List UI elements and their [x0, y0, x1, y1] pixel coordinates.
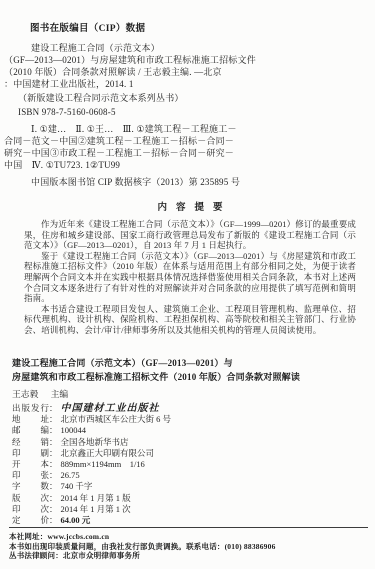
pub-row-value: 2014 年 1 月第 1 版: [61, 493, 131, 503]
cip-line: ：中国建材工业出版社，2014. 1: [4, 78, 375, 90]
cip-isbn: ISBN 978-7-5160-0608-5: [18, 106, 375, 118]
pub-row-value: 北京市西城区车公庄大街 6 号: [61, 414, 172, 424]
pub-row-value: 北京鑫正大印刷有限公司: [61, 448, 155, 458]
pub-row-wordcount: 字数：740 千字: [12, 481, 365, 492]
pub-row-postcode: 邮编：100044: [12, 425, 365, 436]
abstract-paragraph: 作为近年来《建设工程施工合同（示范文本）》（GF—1999—0201）修订的最重…: [24, 219, 356, 251]
quality-notice: 本书如出现印装质量问题，由我社发行部负责调换。联系电话：(010) 883869…: [9, 542, 368, 552]
cip-line: 建设工程施工合同（示范文本）: [31, 42, 375, 54]
abstract-paragraph: 鉴于《建设工程施工合同（示范文本）》（GF—2013—0201）与《房屋建筑和市…: [24, 251, 356, 304]
pub-row-value: 100044: [61, 425, 87, 435]
pub-row-value: 2014 年 1 月第 1 次: [61, 504, 131, 514]
pub-row-edition: 版次：2014 年 1 月第 1 版: [12, 493, 365, 504]
pub-row-colon: ：: [49, 459, 58, 469]
pub-row-colon: ：: [49, 493, 58, 503]
cip-section: 图书在版编目（CIP）数据 建设工程施工合同（示范文本） （GF—2013—02…: [0, 24, 375, 188]
cip-classification-line: 合同－范文－中国②建筑工程－工程施工－招标－合同－: [4, 135, 375, 147]
cip-classification-line: Ⅰ. ①建… Ⅱ. ①王… Ⅲ. ①建筑工程－工程施工－: [31, 123, 375, 135]
pub-row-label: 印次: [12, 504, 49, 515]
pub-row-label: 字数: [12, 481, 49, 492]
pub-row-distribution: 经销：全国各地新华书店: [12, 437, 365, 448]
pub-row-colon: ：: [49, 515, 58, 525]
pub-row-colon: ：: [49, 437, 58, 447]
pub-row-label: 印张: [12, 470, 49, 481]
pub-row-colon: ：: [49, 403, 58, 413]
pub-row-format: 开本：889mm×1194mm 1/16: [12, 459, 365, 470]
pub-row-label: 开本: [12, 459, 49, 470]
book-title-section: 建设工程施工合同（示范文本）（GF—2013—0201）与 房屋建筑和市政工程标…: [12, 357, 365, 400]
cip-line: （2010 年版）合同条款对照解读 / 王志毅主编. —北京: [4, 66, 375, 78]
abstract-section: 内容提要 作为近年来《建设工程施工合同（示范文本）》（GF—1999—0201）…: [0, 202, 375, 336]
abstract-paragraph: 本书适合建设工程项目发包人、建筑施工企业、工程项目管理机构、监理单位、招标代理机…: [24, 304, 356, 336]
pub-row-impression: 印次：2014 年 1 月第 1 次: [12, 504, 365, 515]
book-title-line1: 建设工程施工合同（示范文本）（GF—2013—0201）与: [12, 357, 365, 371]
cip-record-number: 中国版本图书馆 CIP 数据核字（2013）第 235895 号: [31, 176, 375, 188]
pub-row-label: 印刷: [12, 448, 49, 459]
publication-info-section: 出版发行：中国建材工业出版社 地址：北京市西城区车公庄大街 6 号 邮编：100…: [12, 403, 365, 526]
pub-row-label: 经销: [12, 437, 49, 448]
pub-row-label: 定价: [12, 515, 49, 526]
legal-advisor: 丛书法律顾问：北京市众明律师事务所: [9, 551, 368, 561]
cip-classification-line: 研究－中国③市政工程－工程施工－招标－合同－研究－: [4, 147, 375, 159]
author-line: 王志毅 主编: [12, 387, 365, 400]
pub-row-colon: ：: [49, 425, 58, 435]
pub-row-address: 地址：北京市西城区车公庄大街 6 号: [12, 414, 365, 425]
pub-row-value: 全国各地新华书店: [61, 437, 129, 447]
pub-row-colon: ：: [49, 414, 58, 424]
pub-row-label: 邮编: [12, 425, 49, 436]
author-role: 主编: [51, 389, 69, 399]
pub-row-sheets: 印张：26.75: [12, 470, 365, 481]
publisher-name: 中国建材工业出版社: [61, 403, 160, 414]
pub-row-colon: ：: [49, 470, 58, 480]
pub-row-colon: ：: [49, 504, 58, 514]
pub-row-label: 版次: [12, 493, 49, 504]
author-name: 王志毅: [12, 389, 38, 399]
pub-row-price: 定价：64.00 元: [12, 515, 365, 526]
price-value: 64.00 元: [61, 515, 91, 525]
abstract-title: 内容提要: [24, 202, 356, 214]
pub-row-colon: ：: [49, 481, 58, 491]
book-title-line2: 房屋建筑和市政工程标准施工招标文件（2010 年版）合同条款对照解读: [12, 371, 365, 385]
cip-line: （GF—2013—0201）与房屋建筑和市政工程标准施工招标文件: [4, 54, 375, 66]
pub-row-value: 740 千字: [61, 481, 93, 491]
pub-row-label: 地址: [12, 414, 49, 425]
cip-series-line: （新版建设工程合同示范文本系列丛书）: [18, 92, 375, 104]
pub-row-publisher: 出版发行：中国建材工业出版社: [12, 403, 365, 414]
pub-row-value: 26.75: [61, 470, 80, 480]
pub-row-label: 出版发行: [12, 403, 49, 414]
pub-row-printer: 印刷：北京鑫正大印刷有限公司: [12, 448, 365, 459]
pub-row-value: 889mm×1194mm 1/16: [61, 459, 145, 469]
pub-row-colon: ：: [49, 448, 58, 458]
cip-classification-line: 中国 Ⅳ. ①TU723. 1②TU99: [4, 159, 375, 171]
footer-section: 本社网址：www.jccbs.com.cn 本书如出现印装质量问题，由我社发行部…: [9, 527, 368, 561]
cip-header: 图书在版编目（CIP）数据: [30, 24, 375, 35]
book-copyright-page: { "page": { "bg_color": "#fcfcfb", "text…: [0, 0, 375, 569]
publisher-website: 本社网址：www.jccbs.com.cn: [9, 532, 368, 542]
